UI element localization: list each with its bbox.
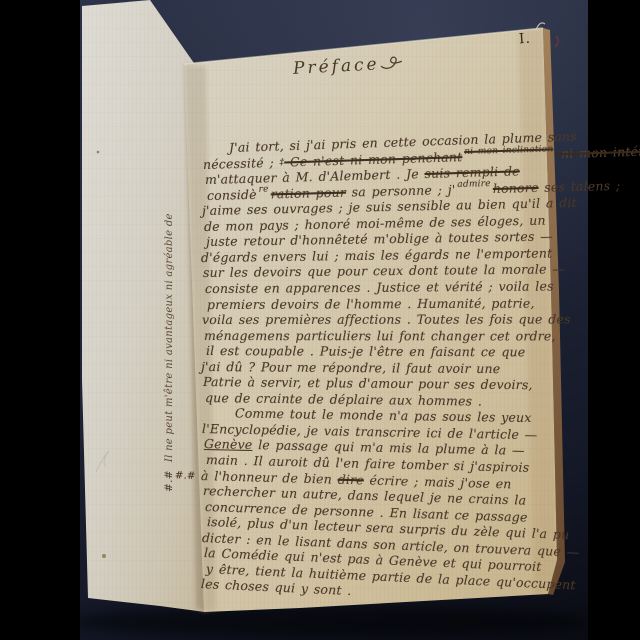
title-flourish <box>379 55 404 71</box>
manuscript-line: ménagemens particuliers lui font changer… <box>204 328 556 343</box>
manuscript-text-segment: Genève <box>204 436 253 452</box>
manuscript-photo: I. Préface #.#Il ne peut m'être ni avant… <box>0 0 640 640</box>
manuscript-text-segment: consiste en apparences . Justice et véri… <box>205 278 554 296</box>
title-text: Préface <box>293 54 381 79</box>
manuscript-line: j'ai dû ? Pour me répondre, il faut avoi… <box>201 359 501 376</box>
manuscript-line: premiers devoirs de l'homme . Humanité, … <box>207 295 535 311</box>
manuscript-text-segment: ménagemens particuliers lui font changer… <box>204 328 556 343</box>
manuscript-text-segment: sur les devoirs que pour ceux dont toute… <box>203 262 565 281</box>
manuscript-text-segment: j'ai dû ? Pour me répondre, il faut avoi… <box>201 359 501 376</box>
manuscript-line: sur les devoirs que pour ceux dont toute… <box>203 262 565 281</box>
struck-text: ni mon intérêt de <box>555 142 640 161</box>
manuscript-text-segment: admire <box>457 179 491 190</box>
manuscript-text-segment: premiers devoirs de l'homme . Humanité, … <box>207 295 535 311</box>
manuscript-text-segment: re <box>259 184 269 194</box>
insertion-mark: #.# <box>175 468 196 484</box>
manuscript-text-segment: nécessité ; <box>203 154 280 171</box>
manuscript-text-segment: sa personne ; j' <box>346 182 456 200</box>
manuscript-line: voila ses premières affections . Toutes … <box>202 311 571 327</box>
margin-note: #.#Il ne peut m'être ni avantageux ni ag… <box>163 180 175 492</box>
struck-text: suis rempli de <box>424 163 520 181</box>
manuscript-line: il est coupable . Puis-je l'être en fais… <box>206 343 525 359</box>
struck-text: dire <box>337 471 364 487</box>
struck-text: ration pour <box>271 184 347 201</box>
handwriting-layer: I. Préface #.#Il ne peut m'être ni avant… <box>0 0 640 640</box>
manuscript-title: Préface <box>293 53 405 79</box>
manuscript-text: J'ai tort, si j'ai pris en cette occasio… <box>204 141 556 611</box>
page-number: I. <box>518 31 531 48</box>
manuscript-text-segment: ses talens ; <box>538 177 620 194</box>
struck-text: ni mon inclination <box>464 144 553 157</box>
margin-note-mark: #.# <box>163 470 175 492</box>
margin-note-text: Il ne peut m'être ni avantageux ni agréa… <box>164 213 175 462</box>
struck-text: honore <box>493 179 539 195</box>
manuscript-text-segment: voila ses premières affections . Toutes … <box>202 311 571 327</box>
manuscript-text-segment: il est coupable . Puis-je l'être en fais… <box>206 343 525 359</box>
manuscript-line: consiste en apparences . Justice et véri… <box>205 278 554 296</box>
manuscript-text-segment: considè <box>207 186 257 202</box>
